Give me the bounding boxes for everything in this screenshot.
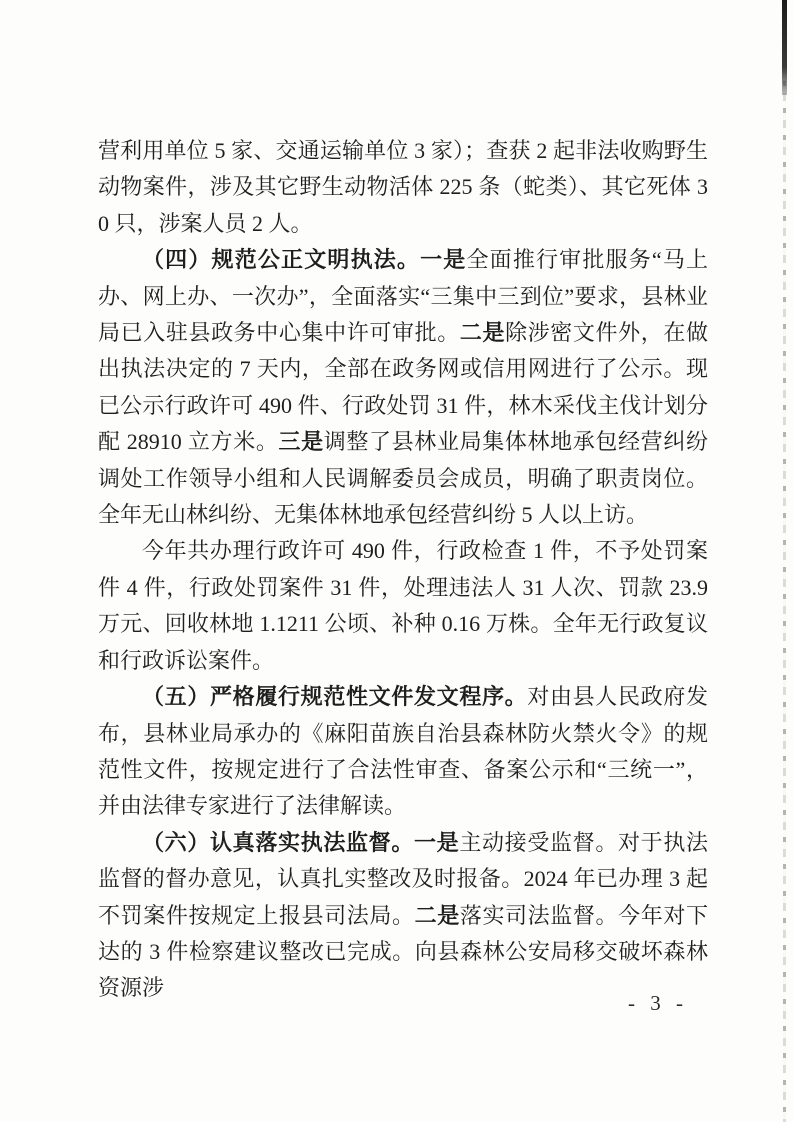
bold-text-segment: （六）认真落实执法监督。一是 [142, 830, 459, 855]
bold-text-segment: 二是 [460, 320, 505, 345]
document-body: 营利用单位 5 家、交通运输单位 3 家）；查获 2 起非法收购野生动物案件，涉… [98, 133, 708, 1007]
paragraph: 今年共办理行政许可 490 件，行政检查 1 件，不予处罚案件 4 件，行政处罚… [98, 533, 708, 679]
paragraph: 营利用单位 5 家、交通运输单位 3 家）；查获 2 起非法收购野生动物案件，涉… [98, 133, 708, 242]
scan-edge-artifact-top [782, 0, 787, 95]
bold-text-segment: （五）严格履行规范性文件发文程序。 [142, 684, 527, 709]
paragraph: （六）认真落实执法监督。一是主动接受监督。对于执法监督的督办意见，认真扎实整改及… [98, 825, 708, 1007]
bold-text-segment: 二是 [415, 903, 460, 928]
paragraph: （四）规范公正文明执法。一是全面推行审批服务“马上办、网上办、一次办”，全面落实… [98, 242, 708, 533]
scanned-document-page: 营利用单位 5 家、交通运输单位 3 家）；查获 2 起非法收购野生动物案件，涉… [0, 0, 794, 1122]
page-number: - 3 - [628, 991, 688, 1016]
paragraph: （五）严格履行规范性文件发文程序。对由县人民政府发布，县林业局承办的《麻阳苗族自… [98, 679, 708, 825]
bold-text-segment: （四）规范公正文明执法。一是 [142, 247, 466, 272]
bold-text-segment: 三是 [278, 429, 323, 454]
scan-edge-artifact [783, 0, 786, 1122]
text-segment: 营利用单位 5 家、交通运输单位 3 家）；查获 2 起非法收购野生动物案件，涉… [98, 138, 708, 236]
text-segment: 今年共办理行政许可 490 件，行政检查 1 件，不予处罚案件 4 件，行政处罚… [98, 538, 708, 672]
